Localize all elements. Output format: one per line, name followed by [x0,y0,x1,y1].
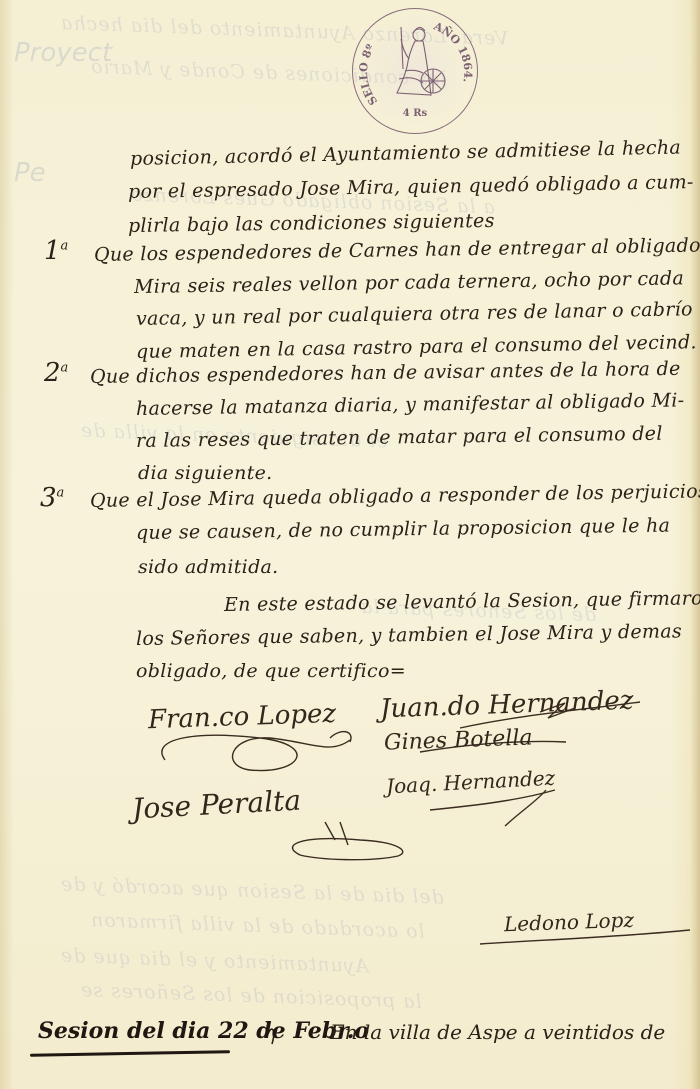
bleed-through-text: la proposicion de los Señores se [80,979,422,1013]
revenue-seal-stamp: SELLO 8º AÑO 1864. 4 Rs [352,8,478,134]
bleed-through-text: Ayuntamiento y el dia que de [60,945,369,978]
body-line: plirla bajo las condiciones siguientes [128,210,495,237]
body-line: posicion, acordó el Ayuntamiento se admi… [130,136,681,170]
bleed-through-text: lo acordado de la villa firmaron [90,909,425,943]
signature: Fran.co Lopez [148,699,337,736]
bleed-through-text: del dia de la Sesion que acordó y de [60,873,444,908]
condition-line: dia siguiente. [138,462,273,484]
document-page: Vera. Lorenzo Ayuntamiento del dia hecha… [0,0,700,1089]
condition-number: 3a [40,483,64,513]
closing-line: obligado, de que certifico= [136,660,406,682]
session-heading: Sesion del dia 22 de Febr.o [38,1018,369,1044]
condition-line: Que los espendedores de Carnes han de en… [94,234,700,266]
condition-line: vaca, y un real por cualquiera otra res … [136,298,693,330]
condition-line: sido admitida. [138,556,279,578]
svg-text:SELLO 8º: SELLO 8º [357,42,380,108]
condition-number: 2a [44,358,68,388]
signature: Juan.do Hernandez [380,686,634,725]
condition-line: hacerse la matanza diaria, y manifestar … [136,389,685,420]
pencil-margin-note: Proyect [14,38,112,68]
session-opening-text: En la villa de Aspe a veintidos de [330,1020,665,1044]
session-heading-underline [30,1050,230,1056]
svg-text:AÑO 1864.: AÑO 1864. [431,19,475,83]
condition-line: Mira seis reales vellon por cada ternera… [134,267,684,298]
pencil-margin-note: Pe [14,158,46,188]
closing-line: En este estado se levantó la Sesion, que… [224,587,700,616]
signature: Jose Peralta [131,784,302,826]
condition-number: 1a [44,236,68,266]
condition-line: Que dichos espendedores han de avisar an… [90,358,681,388]
closing-line: los Señores que saben, y tambien el Jose… [136,620,682,650]
signature: Joaq. Hernandez [385,766,555,799]
condition-line: Que el Jose Mira queda obligado a respon… [90,480,700,512]
signature: Ledono Lopz [504,908,635,937]
condition-line: que se causen, de no cumplir la proposic… [136,515,670,544]
signature: Gines Botella [384,725,533,755]
seal-value-label: 4 Rs [353,108,477,119]
